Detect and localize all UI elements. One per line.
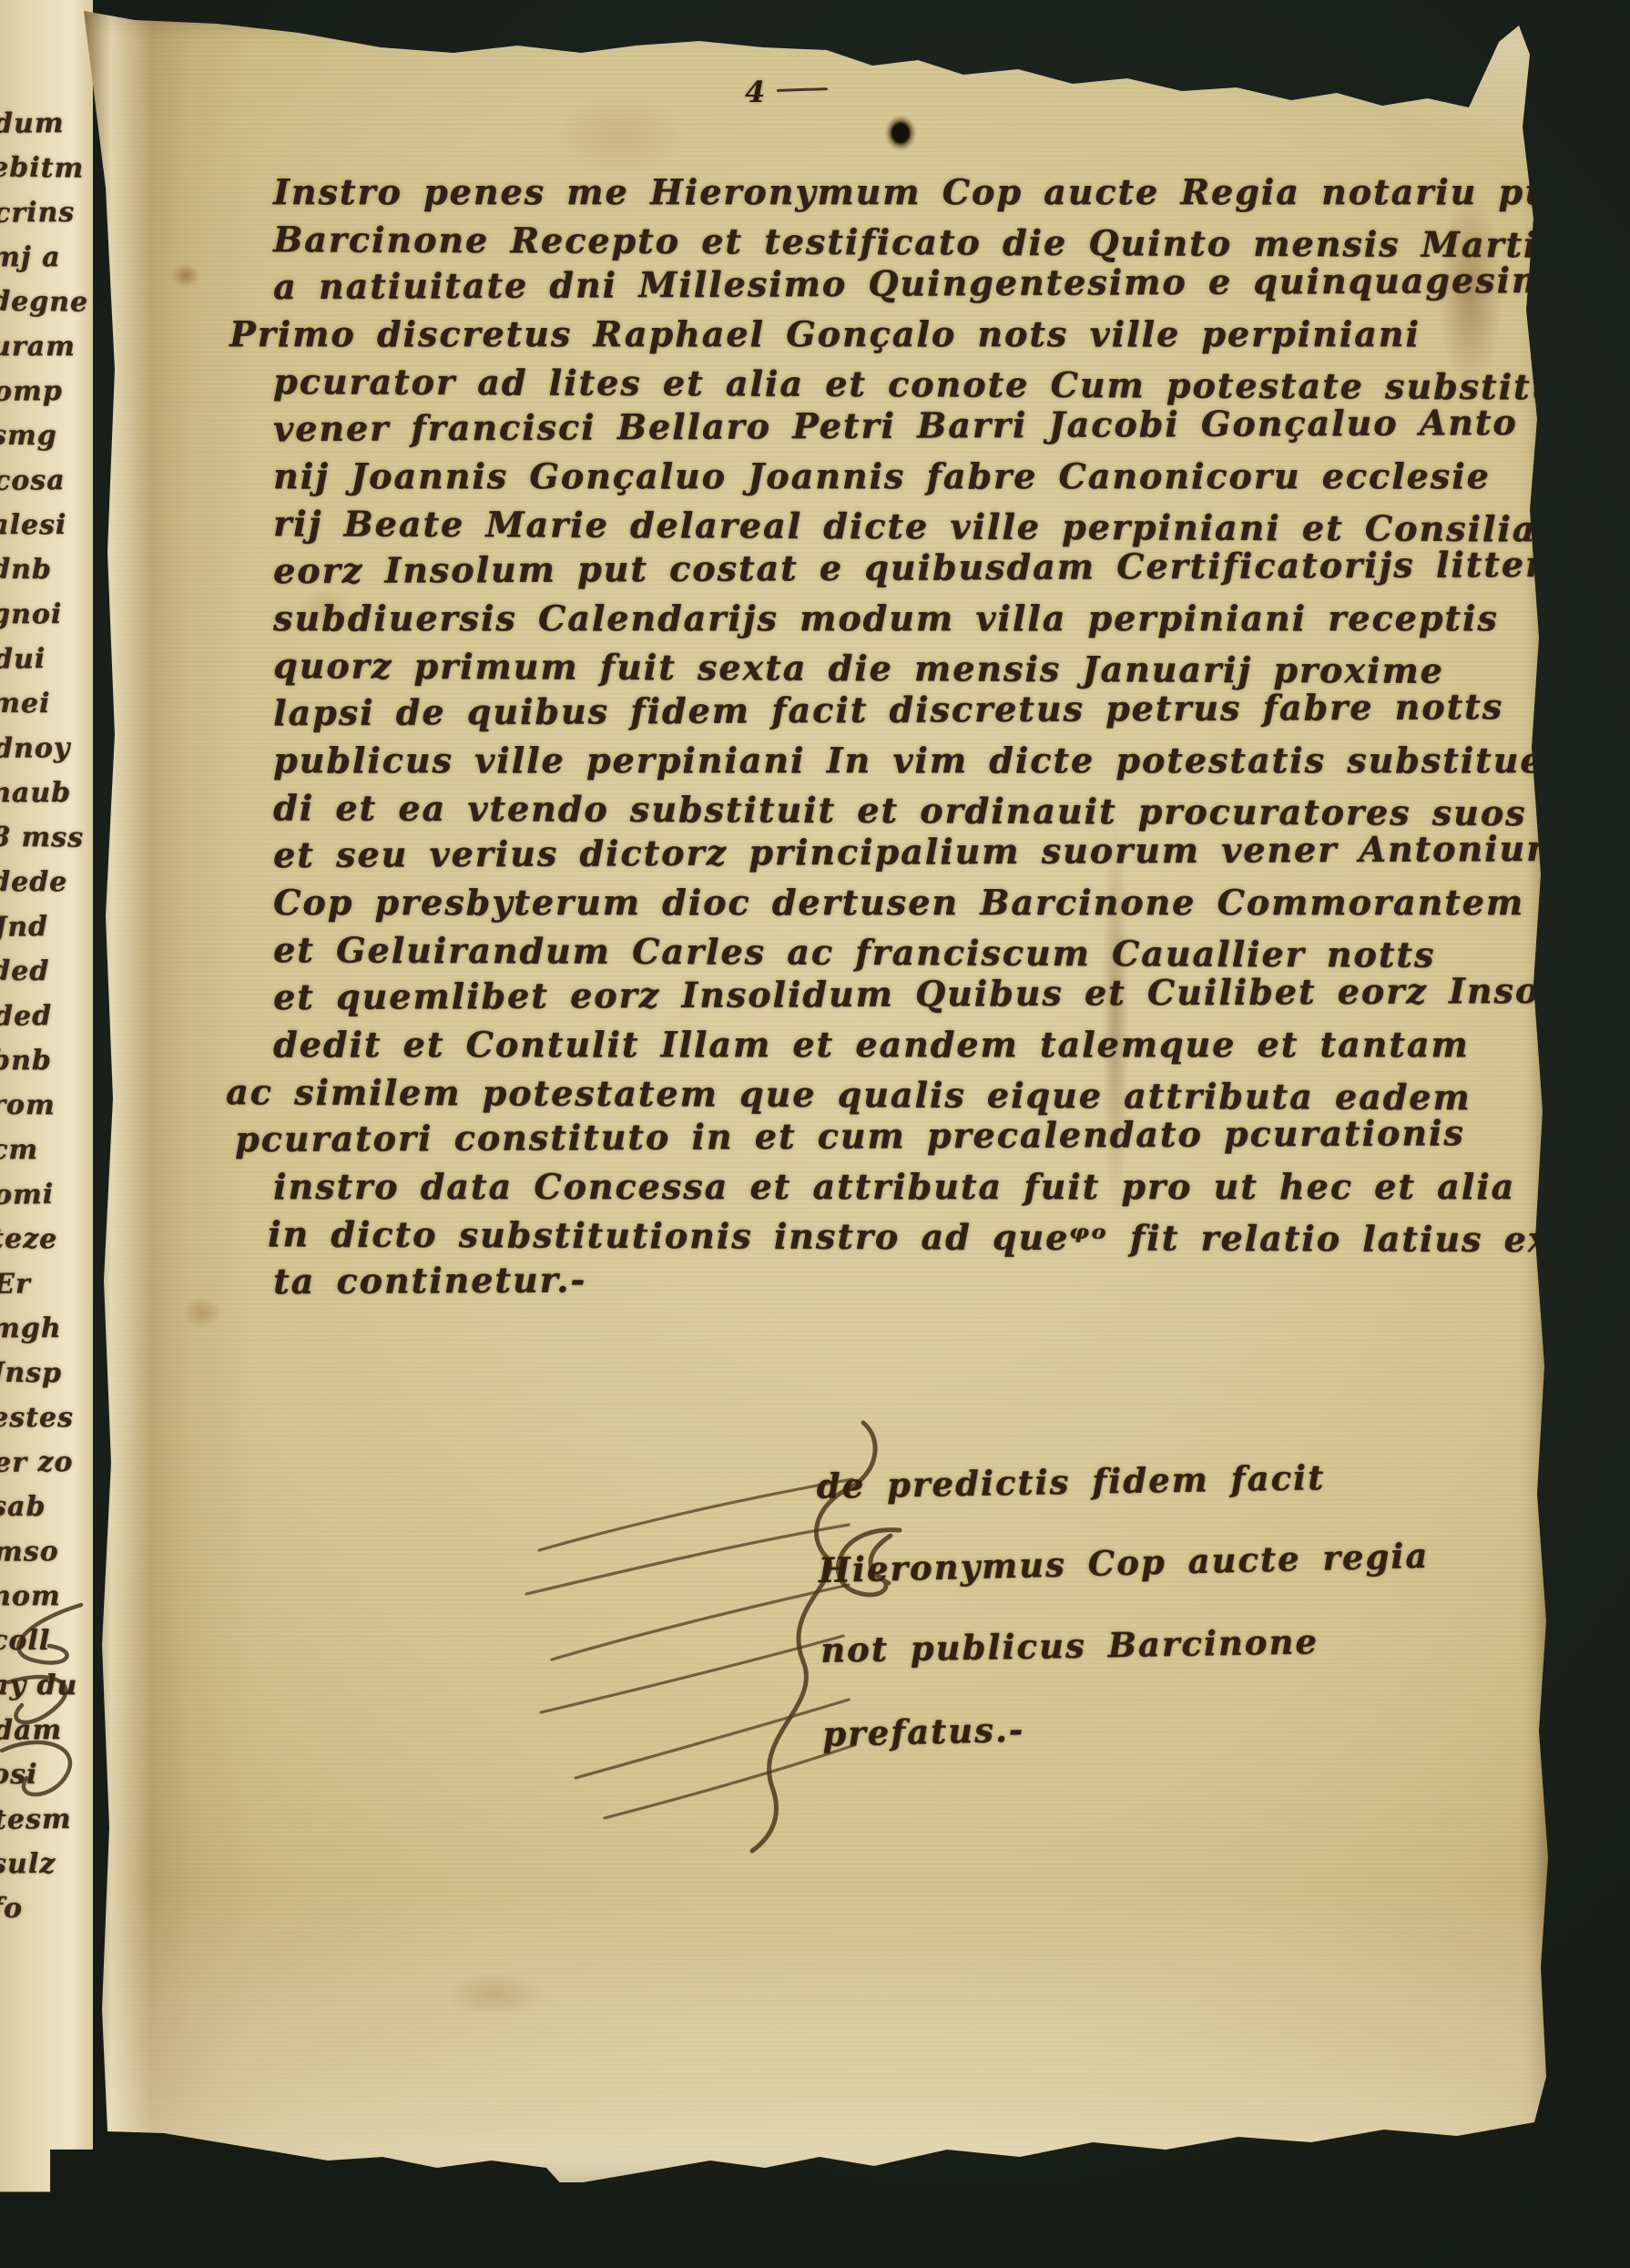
folio-number: 4 <box>745 75 828 109</box>
manuscript-text-line: Cop presbyterum dioc dertusen Barcinone … <box>273 882 1512 929</box>
previous-page-text-fragment: 8 mss <box>0 821 93 866</box>
manuscript-text-line: et seu verius dictorz principalium suoru… <box>273 828 1512 882</box>
previous-page-text-fragment: alesi <box>0 509 93 554</box>
previous-page-text-fragment: omp <box>0 374 93 420</box>
manuscript-text-line: a natiuitate dni Millesimo Quingentesimo… <box>273 260 1512 313</box>
previous-page-text-fragment: dede <box>0 866 93 911</box>
manuscript-text-line: dedit et Contulit Illam et eandem talemq… <box>273 1024 1512 1071</box>
previous-page-text-fragment: Jnsp <box>0 1356 93 1402</box>
manuscript-text-line: nij Joannis Gonçaluo Joannis fabre Canon… <box>273 455 1512 503</box>
manuscript-text-line: eorz Insolum put costat e quibusdam Cert… <box>273 544 1512 598</box>
manuscript-page: 4 Instro penes me Hieronymum Cop aucte R… <box>80 5 1552 2182</box>
previous-page-text-fragment: cm <box>0 1134 93 1179</box>
previous-page-text-fragment: mso <box>0 1535 93 1580</box>
previous-page-text-fragment: mj a <box>0 241 93 286</box>
previous-page-text-fragment: dnoy <box>0 731 93 777</box>
attestation-line: prefatus.- <box>822 1700 1435 1796</box>
manuscript-text-line: publicus ville perpiniani In vim dicte p… <box>273 740 1512 787</box>
attestation-line: not publicus Barcinone <box>820 1619 1432 1712</box>
previous-page-text-fragment: gnoi <box>0 598 93 643</box>
manuscript-text-line: subdiuersis Calendarijs modum villa perp… <box>273 598 1512 645</box>
attestation-block: de predictis fidem facitHieronymus Cop a… <box>816 1454 1434 1796</box>
previous-page-text-fragment: smg <box>0 419 93 465</box>
previous-page-flourish <box>0 1596 93 1814</box>
manuscript-text-line: et quemlibet eorz Insolidum Quibus et Cu… <box>273 970 1512 1024</box>
previous-page-text-fragment: omi <box>0 1178 93 1223</box>
previous-page-text-fragment: mgh <box>0 1313 93 1357</box>
previous-page-text-fragment: dum <box>0 107 93 152</box>
manuscript-text-block: Instro penes me Hieronymum Cop aucte Reg… <box>273 171 1512 1308</box>
attestation-line: Hieronymus Cop aucte regia <box>818 1536 1431 1632</box>
previous-page-text-fragment: dnb <box>0 553 93 598</box>
previous-page-text-fragment: mei <box>0 687 93 732</box>
manuscript-photo: dumebitmcrinsmj adegneuramompsmgcosaales… <box>0 0 1630 2268</box>
previous-page-edge: dumebitmcrinsmj adegneuramompsmgcosaales… <box>0 0 93 2230</box>
previous-page-text-fragment: Jnd <box>0 910 93 955</box>
previous-page-text-fragment: dui <box>0 642 93 688</box>
bottom-edge-highlight <box>80 1891 1552 2182</box>
manuscript-text-line: vener francisci Bellaro Petri Barri Jaco… <box>273 402 1512 455</box>
manuscript-text-line: lapsi de quibus fidem facit discretus pe… <box>273 686 1512 740</box>
top-corner-highlight <box>1309 13 1537 149</box>
previous-page-text-fragment: cosa <box>0 464 93 509</box>
manuscript-text-line: Instro penes me Hieronymum Cop aucte Reg… <box>273 171 1512 219</box>
previous-page-text-fragment: crins <box>0 196 93 241</box>
previous-page-text-fragment: teze <box>0 1222 93 1268</box>
manuscript-text-line: ta continetur.- <box>273 1254 1512 1308</box>
previous-page-text-fragment: estes <box>0 1402 93 1446</box>
previous-page-text-fragment: bnb <box>0 1045 93 1089</box>
previous-page-text-fragment: Er <box>0 1267 93 1313</box>
folio-number-text: 4 <box>745 75 765 109</box>
previous-page-text-fragment: sab <box>0 1490 93 1536</box>
wormhole <box>881 111 920 155</box>
previous-page-text-fragment: rom <box>0 1088 93 1134</box>
previous-page-text-fragment: ded <box>0 955 93 1000</box>
manuscript-text-line: Primo discretus Raphael Gonçalo nots vil… <box>229 313 1512 361</box>
previous-page-text-fragment: naub <box>0 777 93 822</box>
manuscript-text-line: pcuratori constituto in et cum precalend… <box>235 1112 1512 1166</box>
attestation-line: de predictis fidem facit <box>816 1456 1428 1548</box>
previous-page-text-fragment: fo <box>0 1892 93 1937</box>
previous-page-text-fragment: uram <box>0 331 93 375</box>
previous-page-text-fragment: sulz <box>0 1848 93 1893</box>
previous-page-text-fragment: er zo <box>0 1446 93 1491</box>
manuscript-text-line: instro data Concessa et attributa fuit p… <box>273 1166 1512 1213</box>
previous-page-text-fragment: ebitm <box>0 151 93 197</box>
previous-page-text-fragment: ded <box>0 999 93 1045</box>
previous-page-text-fragment: degne <box>0 285 93 331</box>
